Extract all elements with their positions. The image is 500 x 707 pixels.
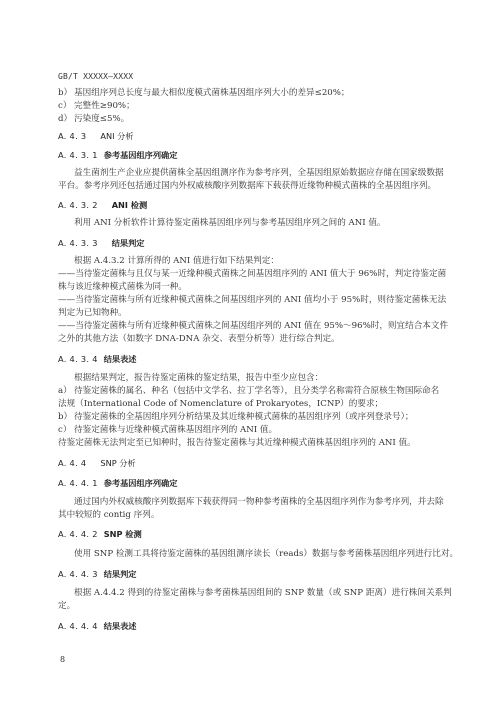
list-label: c） <box>58 425 71 436</box>
paragraph-line: ——当待鉴定菌株与所有近缘种模式菌株之间基因组序列的 ANI 值在 95%～96… <box>58 321 448 332</box>
section-heading-a4442: A. 4. 4. 2SNP 检测 <box>58 529 142 540</box>
list-label: c） <box>58 101 71 112</box>
list-text: 污染度≤5%。 <box>74 114 129 124</box>
section-heading-a4431: A. 4. 3. 1参考基因组序列确定 <box>58 150 177 161</box>
section-heading-a444: A. 4. 4SNP 分析 <box>58 458 136 469</box>
list-text: 待鉴定菌株与近缘种模式菌株基因组序列的 ANI 值。 <box>74 425 277 435</box>
paragraph-line: 根据结果判定，报告待鉴定菌株的鉴定结果，报告中至少应包含： <box>74 373 323 384</box>
document-page: GB/T XXXXX—XXXX b） 基因组序列总长度与最大相似度模式菌株基因组… <box>0 0 500 707</box>
paragraph-line: 平台。参考序列还包括通过国内外权威核酸序列数据库下载获得近缘物种模式菌株的全基因… <box>58 181 436 192</box>
list-item-continuation: 法规（International Code of Nomenclature of… <box>58 399 383 410</box>
paragraph-line: 根据 A.4.3.2 计算所得的 ANI 值进行如下结果判定： <box>74 256 279 267</box>
section-heading-a443: A. 4. 3ANI 分析 <box>58 131 134 142</box>
paragraph-line: ——当待鉴定菌株与且仅与某一近缘种模式菌株之间基因组序列的 ANI 值大于 96… <box>58 269 446 280</box>
list-item-d: d） 污染度≤5%。 <box>74 114 129 125</box>
section-heading-a4432: A. 4. 3. 2ANI 检测 <box>58 200 147 211</box>
paragraph-line: 益生菌剂生产企业应提供菌株全基因组测序作为参考序列，全基因组原始数据应存储在国家… <box>74 168 444 179</box>
document-code: GB/T XXXXX—XXXX <box>58 72 133 81</box>
paragraph-line: 利用 ANI 分析软件计算待鉴定菌株基因组序列与参考基因组序列之间的 ANI 值… <box>74 218 386 229</box>
list-text: 基因组序列总长度与最大相似度模式菌株基因组序列大小的差异≤20%； <box>74 88 350 98</box>
list-item-b: b） 待鉴定菌株的全基因组序列分析结果及其近缘种模式菌株的基因组序列（或序列登录… <box>74 412 413 423</box>
paragraph-line: 使用 SNP 检测工具将待鉴定菌株的基因组测序读长（reads）数据与参考菌株基… <box>74 549 458 560</box>
paragraph-line: 定。 <box>58 601 75 612</box>
list-item-c: c） 待鉴定菌株与近缘种模式菌株基因组序列的 ANI 值。 <box>74 425 277 436</box>
list-item-b: b） 基因组序列总长度与最大相似度模式菌株基因组序列大小的差异≤20%； <box>74 88 350 99</box>
section-heading-a4433: A. 4. 3. 3结果判定 <box>58 238 144 249</box>
list-label: a） <box>58 386 72 397</box>
section-heading-a4441: A. 4. 4. 1参考基因组序列确定 <box>58 478 177 489</box>
list-text: 待鉴定菌株的属名、种名（包括中文学名、拉丁学名等），且分类学名称需符合原核生物国… <box>74 386 439 396</box>
paragraph-line: 待鉴定菌株无法判定至已知种时，报告待鉴定菌株与其近缘种模式菌株基因组序列的 AN… <box>58 438 416 449</box>
paragraph-line: ——当待鉴定菌株与所有近缘种模式菌株之间基因组序列的 ANI 值均小于 95%时… <box>58 295 446 306</box>
list-item-c: c） 完整性≥90%； <box>74 101 135 112</box>
list-item-a: a） 待鉴定菌株的属名、种名（包括中文学名、拉丁学名等），且分类学名称需符合原核… <box>74 386 439 397</box>
section-heading-a4434: A. 4. 3. 4结果表述 <box>58 354 136 365</box>
list-label: b） <box>58 88 72 99</box>
paragraph-line: 之外的其他方法（如数字 DNA-DNA 杂交、表型分析等）进行综合判定。 <box>58 334 340 345</box>
list-label: b） <box>58 412 72 423</box>
paragraph-line: 株与该近缘种模式菌株为同一种。 <box>58 282 187 293</box>
list-text: 完整性≥90%； <box>74 101 135 111</box>
paragraph-line: 判定为已知物种。 <box>58 308 127 319</box>
section-heading-a4443: A. 4. 4. 3结果判定 <box>58 569 136 580</box>
paragraph-line: 通过国内外权威核酸序列数据库下载获得同一物种参考菌株的全基因组序列作为参考序列，… <box>74 497 444 508</box>
paragraph-line: 根据 A.4.4.2 得到的待鉴定菌株与参考菌株基因组间的 SNP 数量（或 S… <box>74 588 452 599</box>
list-label: d） <box>58 114 72 125</box>
page-number: 8 <box>60 655 65 664</box>
list-text: 待鉴定菌株的全基因组序列分析结果及其近缘种模式菌株的基因组序列（或序列登录号）； <box>74 412 413 422</box>
paragraph-line: 其中较短的 contig 序列。 <box>58 510 159 521</box>
section-heading-a4444: A. 4. 4. 4结果表述 <box>58 621 136 632</box>
